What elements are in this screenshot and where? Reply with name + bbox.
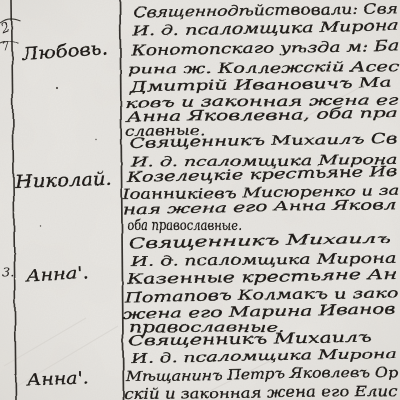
manuscript-scan: 2 7 3. Любовь. Николай. Анна'. Анна'. Св… <box>0 0 400 400</box>
text-line: Священникъ Михаилъ <box>129 330 371 349</box>
text-column: Священнодѣйствовали: Свя И. д. псаломщик… <box>122 1 400 400</box>
record-name: Анна'. <box>25 369 89 391</box>
record-number: 3. <box>2 266 14 281</box>
manuscript-page: 2 7 3. Любовь. Николай. Анна'. Анна'. Св… <box>0 0 400 400</box>
text-line: оба православные. <box>127 218 242 234</box>
record-name: Анна'. <box>25 264 89 287</box>
record-name: Николай. <box>13 169 112 193</box>
text-line: скій и законная жена его Елис <box>124 384 398 400</box>
